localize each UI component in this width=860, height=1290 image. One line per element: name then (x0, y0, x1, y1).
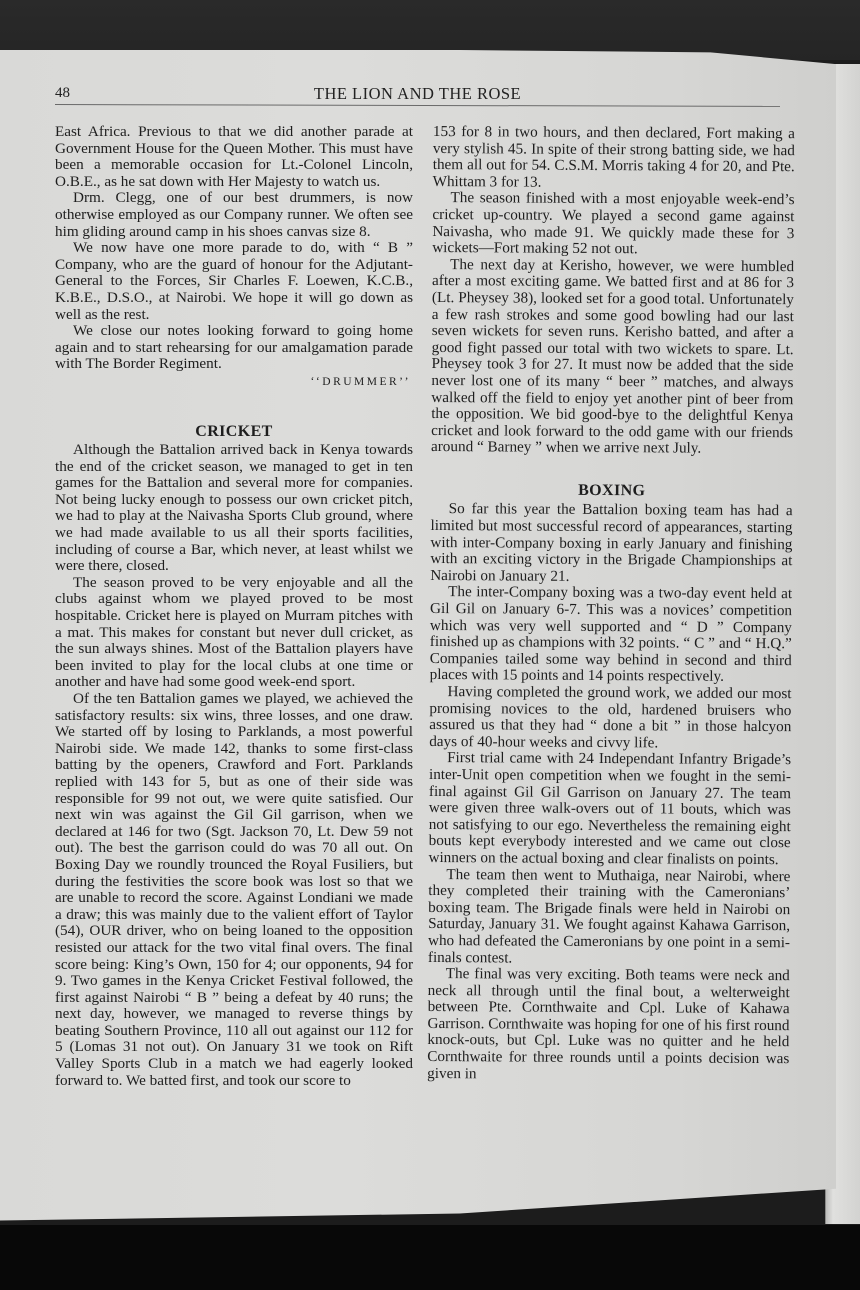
paragraph: Drm. Clegg, one of our best drummers, is… (55, 190, 413, 240)
right-column: 153 for 8 in two hours, and then declare… (427, 124, 795, 1084)
paragraph: East Africa. Previous to that we did ano… (55, 124, 413, 190)
paragraph: The season finished with a most enjoyabl… (432, 190, 794, 259)
running-title: THE LION AND THE ROSE (55, 84, 780, 104)
paragraph: 153 for 8 in two hours, and then declare… (433, 124, 795, 193)
paragraph: The inter-Company boxing was a two-day e… (430, 584, 793, 686)
paragraph: Having completed the ground work, we add… (429, 684, 791, 753)
paragraph: The season proved to be very enjoyable a… (55, 575, 413, 691)
signature: ‘‘DRUMMER’’ (55, 374, 411, 391)
paragraph: Although the Battalion arrived back in K… (55, 442, 413, 575)
left-column: East Africa. Previous to that we did ano… (55, 124, 413, 1089)
background-bottom (0, 1225, 860, 1290)
paragraph: So far this year the Battalion boxing te… (430, 501, 793, 586)
paragraph: Of the ten Battalion games we played, we… (55, 691, 413, 1089)
paragraph: The next day at Kerisho, however, we wer… (431, 257, 794, 458)
paragraph: We close our notes looking forward to go… (55, 323, 413, 373)
paragraph: We now have one more parade to do, with … (55, 240, 413, 323)
section-heading-boxing: BOXING (431, 482, 793, 501)
section-heading-cricket: CRICKET (55, 424, 413, 441)
paragraph: First trial came with 24 Independant Inf… (428, 750, 791, 868)
paragraph: The final was very exciting. Both teams … (427, 966, 790, 1084)
paragraph: The team then went to Muthaiga, near Nai… (428, 867, 791, 969)
